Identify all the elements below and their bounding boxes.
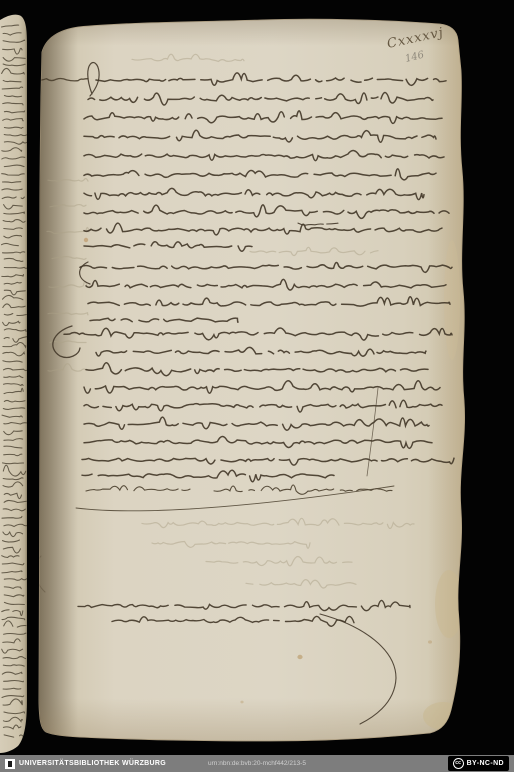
- cc-license-badge: cc BY-NC-ND: [448, 756, 509, 771]
- library-footer-bar: UNIVERSITÄTSBIBLIOTHEK WÜRZBURG urn:nbn:…: [0, 755, 514, 772]
- facing-page-edge: [0, 15, 27, 753]
- scan-viewer: Cxxxxvj 146 UNIVERSITÄTSBIBLIOTHEK WÜRZB…: [0, 0, 514, 772]
- library-branding: UNIVERSITÄTSBIBLIOTHEK WÜRZBURG: [5, 759, 166, 769]
- manuscript-scan-image: Cxxxxvj 146: [0, 0, 514, 772]
- cc-license-label: BY-NC-ND: [467, 760, 504, 767]
- urn-identifier: urn:nbn:de:bvb:20-mchf442/213-5: [208, 760, 306, 767]
- manuscript-page: Cxxxxvj 146: [30, 14, 470, 759]
- cc-icon: cc: [453, 758, 464, 769]
- library-name-label: UNIVERSITÄTSBIBLIOTHEK WÜRZBURG: [19, 760, 166, 767]
- library-logo-mark: [8, 761, 12, 767]
- gutter-shadow: [38, 14, 80, 759]
- library-logo-icon: [5, 759, 15, 769]
